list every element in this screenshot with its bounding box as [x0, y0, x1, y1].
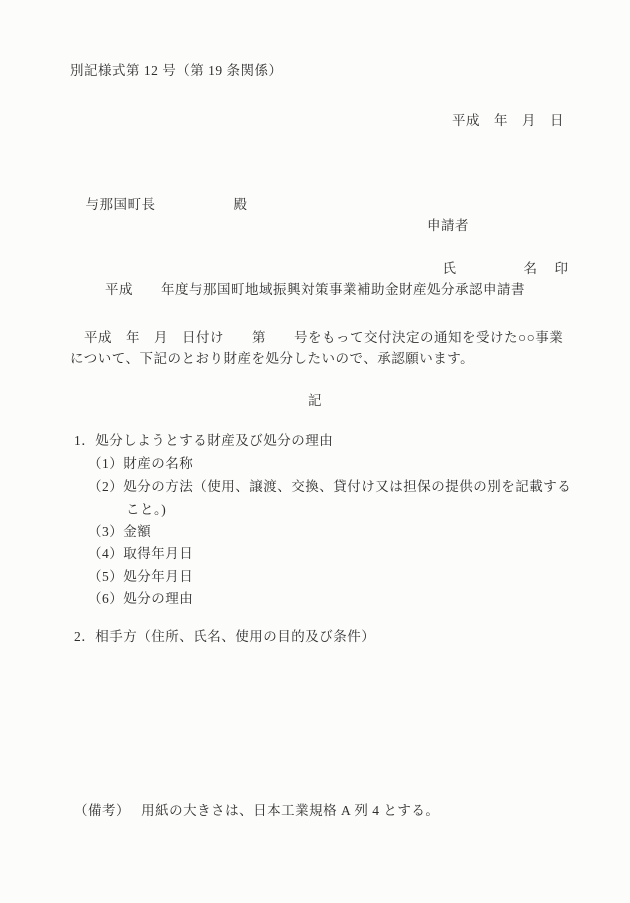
recipient-line: 与那国町長殿	[70, 175, 248, 235]
section-1-item-disposal-reason: （6）処分の理由	[88, 589, 193, 609]
date-line: 平成 年 月 日	[452, 111, 564, 131]
record-marker: 記	[0, 391, 630, 411]
section-1-item-disposal-method: （2）処分の方法（使用、譲渡、交換、貸付け又は担保の提供の別を記載する	[88, 477, 571, 497]
section-1-item-acquisition-date: （4）取得年月日	[88, 544, 193, 564]
given-name-label: 名	[524, 261, 538, 276]
document-title: 平成 年度与那国町地域振興対策事業補助金財産処分承認申請書	[0, 280, 630, 300]
section-1-item-amount: （3）金額	[88, 522, 151, 542]
remarks-note: （備考） 用紙の大きさは、日本工業規格 A 列 4 とする。	[74, 801, 439, 821]
section-1-heading: 1．処分しようとする財産及び処分の理由	[74, 431, 333, 451]
form-number: 別記様式第 12 号（第 19 条関係）	[70, 61, 283, 81]
section-2-heading: 2．相手方（住所、氏名、使用の目的及び条件）	[74, 627, 375, 647]
section-1-item-property-name: （1）財産の名称	[88, 454, 193, 474]
applicant-label: 申請者	[427, 216, 469, 236]
section-1-item-disposal-method-continuation: こと。)	[126, 500, 166, 520]
recipient-name: 与那国町長	[86, 197, 156, 212]
recipient-honorific: 殿	[234, 197, 248, 212]
seal-label: 印	[555, 261, 569, 276]
document-page: 別記様式第 12 号（第 19 条関係） 平成 年 月 日 与那国町長殿 申請者…	[0, 0, 630, 903]
section-1-item-disposal-date: （5）処分年月日	[88, 567, 193, 587]
body-line-2: について、下記のとおり財産を処分したいので、承認願います。	[70, 349, 474, 369]
name-label: 氏	[443, 261, 457, 276]
body-line-1: 平成 年 月 日付け 第 号をもって交付決定の通知を受けた○○事業	[70, 328, 563, 348]
